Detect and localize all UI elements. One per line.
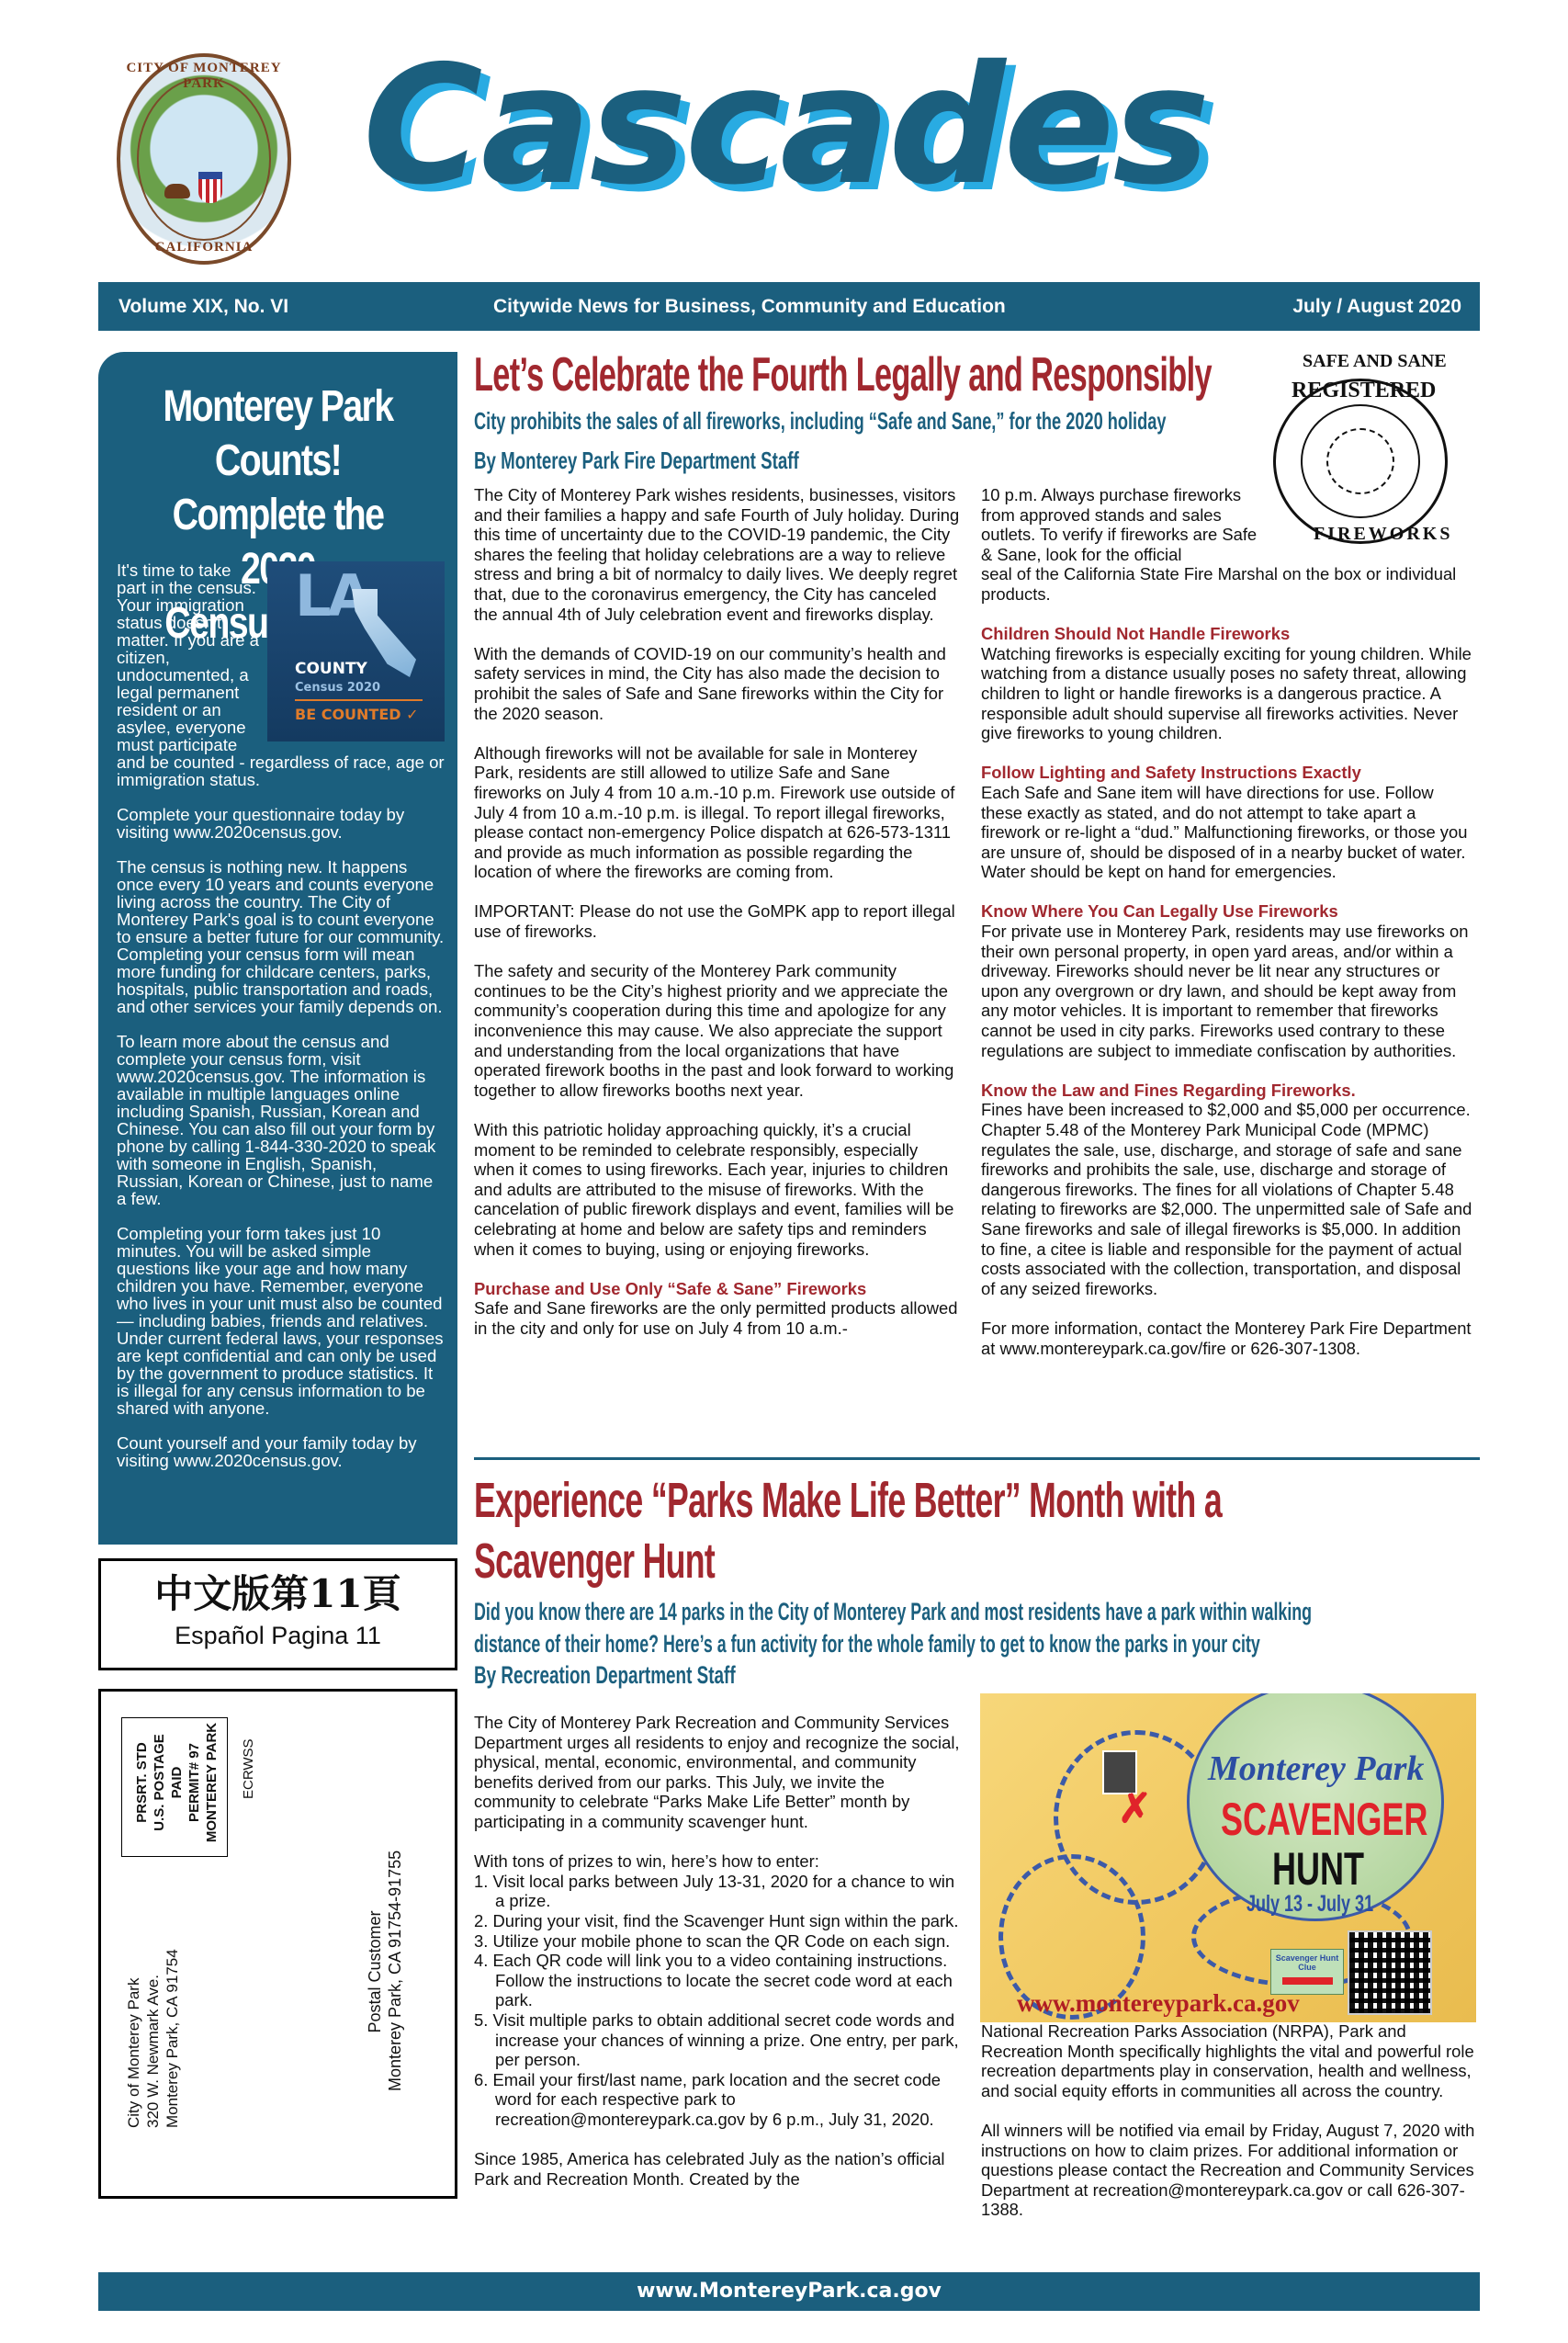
indicia-line: PAID: [168, 1718, 186, 1847]
parks-deck-line: distance of their home? Here’s a fun act…: [474, 1628, 1312, 1660]
shield-icon: [198, 172, 222, 203]
article-paragraph: With this patriotic holiday approaching …: [474, 1120, 961, 1259]
fireworks-byline: By Monterey Park Fire Department Staff: [474, 447, 799, 475]
fireworks-deck: City prohibits the sales of all firework…: [474, 407, 1166, 436]
fireworks-column-1: The City of Monterey Park wishes residen…: [474, 485, 961, 1339]
fireworks-closing: For more information, contact the Monter…: [981, 1319, 1477, 1358]
return-address-line: 320 W. Newmark Ave.: [143, 1949, 163, 2128]
masthead-band: Volume XIX, No. VI Citywide News for Bus…: [98, 282, 1480, 331]
clue-sign: Scavenger Hunt Clue: [1270, 1949, 1344, 1995]
section-body: Each Safe and Sane item will have direct…: [981, 783, 1477, 882]
section-heading: Follow Lighting and Safety Instructions …: [981, 763, 1477, 783]
section-heading: Children Should Not Handle Fireworks: [981, 624, 1477, 644]
parks-winners: All winners will be notified via email b…: [981, 2121, 1477, 2220]
scavenger-hunt-flyer: ✗ Monterey Park SCAVENGER HUNT July 13 -…: [980, 1693, 1476, 2022]
parks-headline-line: Experience “Parks Make Life Better” Mont…: [474, 1470, 1222, 1531]
indicia-text: PRSRT. STD U.S. POSTAGE PAID PERMIT# 97 …: [133, 1718, 220, 1847]
step-item: 6. Email your first/last name, park loca…: [474, 2070, 961, 2130]
fireworks-column-2: 10 p.m. Always purchase fireworks from a…: [981, 485, 1477, 1378]
recipient-line: Postal Customer: [365, 1852, 385, 2091]
parks-history-continued: National Recreation Parks Association (N…: [981, 2021, 1477, 2100]
newsletter-title: Cascades: [363, 44, 1208, 208]
indicia-line: PRSRT. STD: [133, 1718, 151, 1847]
spanish-edition-label: Español Pagina 11: [101, 1622, 455, 1650]
flyer-scavenger: SCAVENGER: [1221, 1793, 1427, 1846]
section-heading: Purchase and Use Only “Safe & Sane” Fire…: [474, 1279, 961, 1299]
city-seal: CITY OF MONTEREY PARK CALIFORNIA: [117, 53, 291, 265]
language-edition-box: 中文版第11頁 Español Pagina 11: [98, 1558, 457, 1670]
seal-bottom-text: CALIFORNIA: [120, 240, 288, 255]
flyer-dates: July 13 - July 31: [1247, 1891, 1373, 1918]
logo-divider: [295, 699, 423, 701]
postage-indicia: PRSRT. STD U.S. POSTAGE PAID PERMIT# 97 …: [121, 1717, 228, 1857]
parks-history: Since 1985, America has celebrated July …: [474, 2149, 961, 2189]
section-body: Fines have been increased to $2,000 and …: [981, 1100, 1477, 1298]
census-paragraph: Completing your form takes just 10 minut…: [117, 1225, 445, 1417]
article-paragraph: IMPORTANT: Please do not use the GoMPK a…: [474, 901, 961, 941]
x-marker-icon: ✗: [1118, 1785, 1152, 1832]
section-body: Watching fireworks is especially excitin…: [981, 644, 1477, 743]
mailing-panel: PRSRT. STD U.S. POSTAGE PAID PERMIT# 97 …: [98, 1689, 457, 2199]
flyer-script-title: Monterey Park: [1208, 1749, 1424, 1789]
seal-top-text: CITY OF MONTEREY PARK: [120, 61, 288, 92]
parks-headline: Experience “Parks Make Life Better” Mont…: [474, 1470, 1222, 1591]
article-paragraph: The safety and security of the Monterey …: [474, 961, 961, 1100]
article-paragraph: Although fireworks will not be available…: [474, 743, 961, 882]
indicia-line: MONTEREY PARK: [203, 1718, 220, 1847]
flyer-url: www.montereypark.ca.gov: [1017, 1989, 1300, 2018]
indicia-line: U.S. POSTAGE: [151, 1718, 168, 1847]
census-paragraph: Count yourself and your family today by …: [117, 1434, 445, 1469]
parks-headline-line: Scavenger Hunt: [474, 1531, 1222, 1591]
census-paragraph: The census is nothing new. It happens on…: [117, 858, 445, 1015]
fireworks-headline: Let’s Celebrate the Fourth Legally and R…: [474, 347, 1212, 402]
volume-number: Volume XIX, No. VI: [118, 296, 288, 318]
steps-list: 1. Visit local parks between July 13-31,…: [474, 1872, 961, 2130]
census-body: LA COUNTY Census 2020 BE COUNTED ✓ It's …: [117, 561, 445, 1487]
parks-column-1: The City of Monterey Park Recreation and…: [474, 1713, 961, 2189]
la-county-census-logo: LA COUNTY Census 2020 BE COUNTED ✓: [267, 561, 445, 741]
return-address-line: City of Monterey Park: [124, 1949, 143, 2128]
seal-inner-ring: [137, 77, 271, 241]
step-item: 2. During your visit, find the Scavenger…: [474, 1911, 961, 1931]
article-divider: [474, 1457, 1480, 1460]
logo-be-counted: BE COUNTED ✓: [295, 706, 419, 723]
section-body: For private use in Monterey Park, reside…: [981, 922, 1477, 1060]
step-item: 5. Visit multiple parks to obtain additi…: [474, 2010, 961, 2070]
parks-deck-line: Did you know there are 14 parks in the C…: [474, 1596, 1312, 1628]
issue-date: July / August 2020: [1292, 296, 1461, 318]
step-item: 4. Each QR code will link you to a video…: [474, 1951, 961, 2010]
return-address-line: Monterey Park, CA 91754: [163, 1949, 182, 2128]
article-paragraph: The City of Monterey Park wishes residen…: [474, 485, 961, 624]
indicia-line: PERMIT# 97: [186, 1718, 203, 1847]
arrow-right-icon: [1282, 1977, 1333, 1985]
section-body: Safe and Sane fireworks are the only per…: [474, 1298, 961, 1338]
steps-intro: With tons of prizes to win, here’s how t…: [474, 1851, 961, 1872]
ecrwss-label: ECRWSS: [241, 1738, 256, 1799]
census-paragraph: To learn more about the census and compl…: [117, 1033, 445, 1207]
recipient-line: Monterey Park, CA 91754-91755: [385, 1852, 405, 2091]
step-item: 1. Visit local parks between July 13-31,…: [474, 1872, 961, 1911]
logo-census-year: Census 2020: [295, 679, 380, 696]
flyer-hunt: HUNT: [1272, 1842, 1364, 1896]
logo-county: COUNTY: [295, 661, 367, 678]
article-paragraph: With the demands of COVID-19 on our comm…: [474, 644, 961, 723]
return-address: City of Monterey Park 320 W. Newmark Ave…: [124, 1949, 182, 2128]
parks-deck: Did you know there are 14 parks in the C…: [474, 1596, 1312, 1660]
parks-column-2: National Recreation Parks Association (N…: [981, 2021, 1477, 2240]
chinese-edition-label: 中文版第11頁: [101, 1570, 455, 1618]
tagline: Citywide News for Business, Community an…: [493, 296, 1006, 318]
section-heading: Know Where You Can Legally Use Fireworks: [981, 901, 1477, 922]
parks-byline: By Recreation Department Staff: [474, 1661, 736, 1690]
section-body-continued: seal of the California State Fire Marsha…: [981, 564, 1477, 604]
bear-icon: [164, 184, 190, 198]
seal-safe-and-sane: SAFE AND SANE: [1303, 351, 1447, 372]
footer-url[interactable]: www.MontereyPark.ca.gov: [637, 2280, 942, 2303]
census-sidebar: Monterey Park Counts! Complete the 2020 …: [98, 352, 457, 1545]
census-paragraph: Complete your questionnaire today by vis…: [117, 806, 445, 841]
step-item: 3. Utilize your mobile phone to scan the…: [474, 1931, 961, 1952]
parks-intro: The City of Monterey Park Recreation and…: [474, 1713, 961, 1832]
clue-label: Scavenger Hunt Clue: [1276, 1953, 1339, 1972]
seal-registered: REGISTERED: [1292, 379, 1436, 403]
section-heading: Know the Law and Fines Regarding Firewor…: [981, 1081, 1477, 1101]
qr-code-icon: [1348, 1930, 1432, 2015]
section-body-continued: 10 p.m. Always purchase fireworks from a…: [981, 485, 1266, 564]
footer-url-band: www.MontereyPark.ca.gov: [98, 2272, 1480, 2311]
recipient-address: Postal Customer Monterey Park, CA 91754-…: [365, 1852, 405, 2091]
census-headline-line: Monterey Park Counts!: [164, 382, 393, 485]
